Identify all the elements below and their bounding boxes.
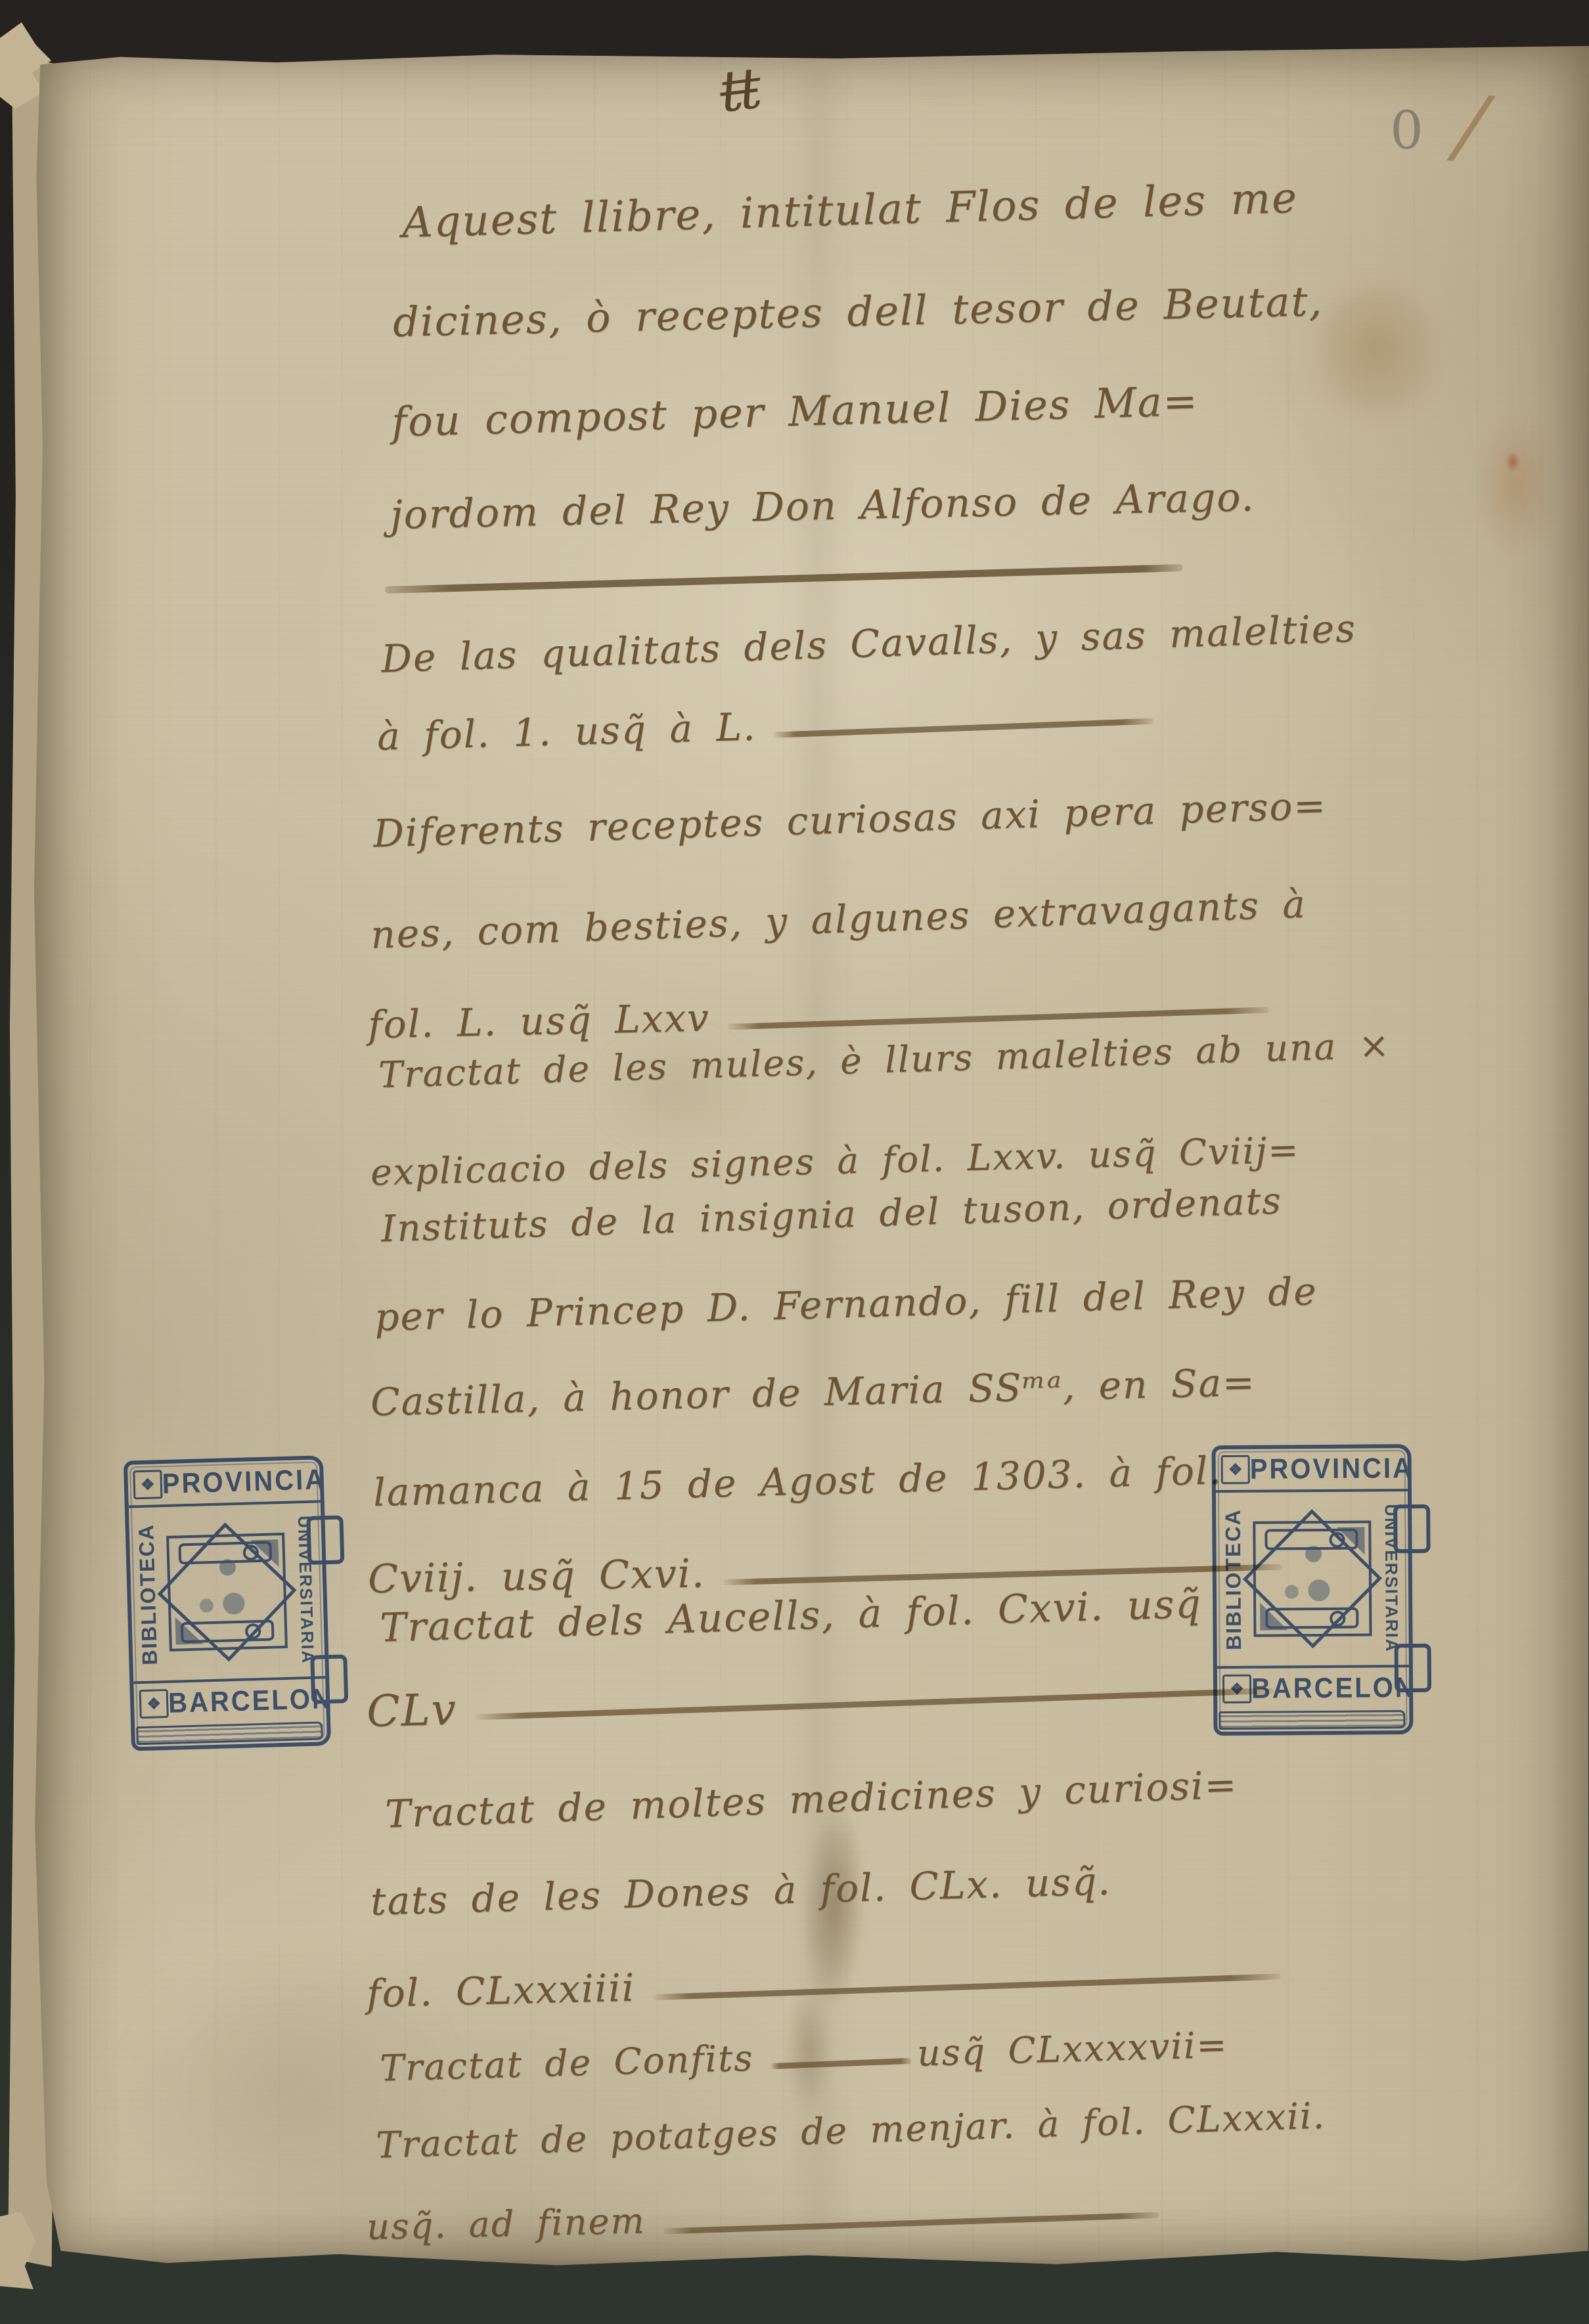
stamp-label-barcelona: BARCELONA (168, 1682, 332, 1719)
library-stamp: ❖ PROVINCIAL ❖ BIBLIOTECA UNIVERSITARIA … (1211, 1444, 1431, 1736)
stamp-bottom-band: ❖ BARCELONA ❖ (133, 1676, 326, 1724)
pencil-folio-mark: 0 (1390, 100, 1423, 161)
stamp-strap-icon (178, 1541, 272, 1564)
ink-rule (474, 1688, 1274, 1720)
ink-rule (773, 718, 1153, 738)
ink-rule (663, 2212, 1159, 2234)
scanned-manuscript-page: tt 0 / Aquest llibre, intitulat Flos de … (0, 0, 1589, 2324)
stamp-middle: BIBLIOTECA UNIVERSITARIA (1216, 1491, 1409, 1666)
manuscript-text: Cviij. usq̃ Cxvi. (367, 1550, 705, 1602)
quatrefoil-ornament-icon: ❖ (1222, 1675, 1251, 1703)
manuscript-text: fol. L. usq̃ Lxxv (367, 996, 710, 1047)
library-stamp: ❖ PROVINCIAL ❖ BIBLIOTECA UNIVERSITARIA … (123, 1455, 349, 1751)
manuscript-text: usq̃. ad finem (366, 2200, 646, 2248)
stamp-book-shape: ❖ PROVINCIAL ❖ BIBLIOTECA UNIVERSITARIA … (1211, 1444, 1413, 1736)
stamp-middle: BIBLIOTECA UNIVERSITARIA (129, 1502, 325, 1681)
ink-rule (727, 1007, 1269, 1030)
manuscript-text: usq̃ CLxxxxvii= (916, 2023, 1228, 2074)
ink-rule (652, 1973, 1281, 2000)
stamp-top-band: ❖ PROVINCIAL ❖ (1216, 1448, 1408, 1493)
stamp-bottom-band: ❖ BARCELONA ❖ (1217, 1665, 1409, 1709)
stamp-book-edge (1219, 1710, 1405, 1730)
stamp-label-provincial: PROVINCIAL (162, 1463, 331, 1500)
quire-mark: tt (716, 56, 761, 125)
quatrefoil-ornament-icon: ❖ (1221, 1455, 1250, 1484)
stamp-label-barcelona: BARCELONA (1251, 1671, 1414, 1705)
ink-rule (771, 2058, 912, 2069)
quatrefoil-ornament-icon: ❖ (139, 1689, 169, 1719)
manuscript-text: CLv (366, 1684, 457, 1737)
stamp-strap-icon (1264, 1529, 1358, 1550)
stamp-top-band: ❖ PROVINCIAL ❖ (127, 1459, 321, 1508)
quatrefoil-ornament-icon: ❖ (133, 1470, 162, 1499)
stamp-lozenge-emblem (1253, 1520, 1372, 1636)
stamp-strap-icon (1265, 1608, 1358, 1629)
stamp-book-shape: ❖ PROVINCIAL ❖ BIBLIOTECA UNIVERSITARIA … (123, 1455, 331, 1751)
stamp-strap-icon (181, 1619, 275, 1643)
stamp-book-edge (136, 1721, 323, 1745)
stamp-lozenge-emblem (166, 1533, 288, 1652)
manuscript-text: fol. CLxxxiiii (366, 1965, 635, 2016)
stamp-label-provincial: PROVINCIAL (1250, 1453, 1414, 1486)
